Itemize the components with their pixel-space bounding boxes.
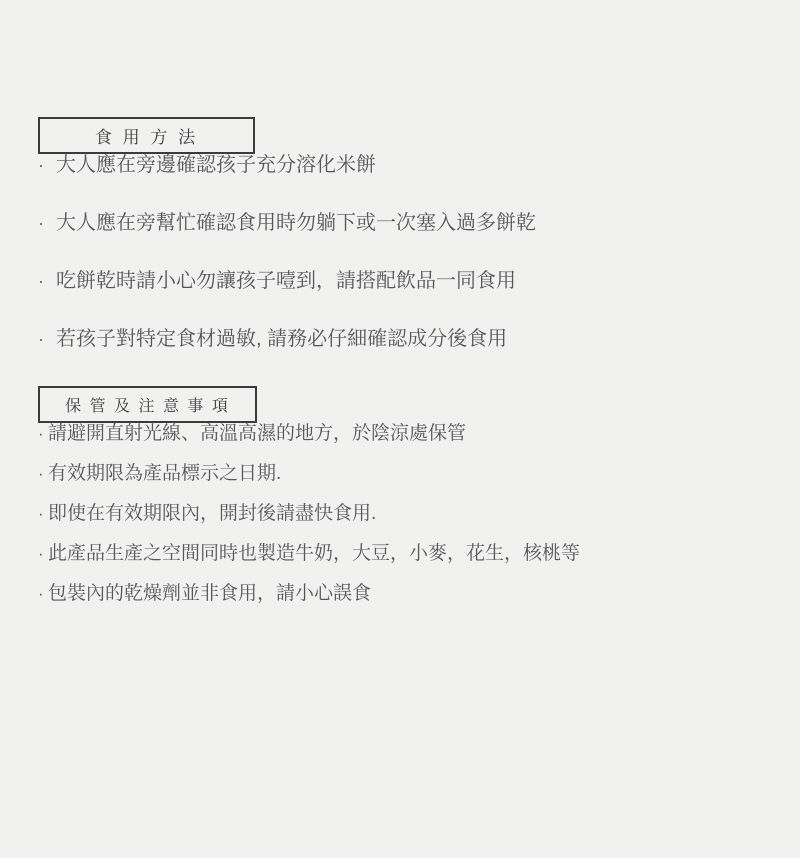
list-item: ·大人應在旁幫忙確認食用時勿躺下或一次塞入過多餅乾 bbox=[38, 212, 760, 234]
list-item: ·此產品生產之空間同時也製造牛奶，大豆，小麥，花生，核桃等 bbox=[38, 543, 760, 564]
list-item-text: 若孩子對特定食材過敏, 請務必仔細確認成分後食用 bbox=[56, 328, 760, 350]
bullet-dot: · bbox=[38, 212, 56, 234]
section-storage-notes: 保 管 及 注 意 事 項 ·請避開直射光線、高溫高濕的地方，於陰涼處保管·有效… bbox=[38, 386, 760, 604]
list-item-text: 請避開直射光線、高溫高濕的地方，於陰涼處保管 bbox=[48, 423, 760, 444]
list-item: ·包裝內的乾燥劑並非食用，請小心誤食 bbox=[38, 583, 760, 604]
list-item-text: 大人應在旁邊確認孩子充分溶化米餅 bbox=[56, 154, 760, 176]
list-item-text: 有效期限為產品標示之日期. bbox=[48, 463, 760, 484]
product-info-page: 食 用 方 法 ·大人應在旁邊確認孩子充分溶化米餅·大人應在旁幫忙確認食用時勿躺… bbox=[0, 0, 800, 858]
list-item: ·大人應在旁邊確認孩子充分溶化米餅 bbox=[38, 154, 760, 176]
list-item-text: 即使在有效期限內，開封後請盡快食用. bbox=[48, 503, 760, 524]
usage-title-box: 食 用 方 法 bbox=[38, 117, 255, 154]
bullet-dot: · bbox=[38, 543, 48, 564]
bullet-dot: · bbox=[38, 154, 56, 176]
storage-list: ·請避開直射光線、高溫高濕的地方，於陰涼處保管·有效期限為產品標示之日期.·即使… bbox=[38, 423, 760, 604]
usage-list: ·大人應在旁邊確認孩子充分溶化米餅·大人應在旁幫忙確認食用時勿躺下或一次塞入過多… bbox=[38, 154, 760, 350]
list-item: ·吃餅乾時請小心勿讓孩子噎到，請搭配飲品一同食用 bbox=[38, 270, 760, 292]
list-item-text: 吃餅乾時請小心勿讓孩子噎到，請搭配飲品一同食用 bbox=[56, 270, 760, 292]
bullet-dot: · bbox=[38, 423, 48, 444]
bullet-dot: · bbox=[38, 503, 48, 524]
list-item-text: 大人應在旁幫忙確認食用時勿躺下或一次塞入過多餅乾 bbox=[56, 212, 760, 234]
usage-title: 食 用 方 法 bbox=[95, 123, 198, 148]
list-item: ·有效期限為產品標示之日期. bbox=[38, 463, 760, 484]
list-item-text: 此產品生產之空間同時也製造牛奶，大豆，小麥，花生，核桃等 bbox=[48, 543, 760, 564]
bullet-dot: · bbox=[38, 328, 56, 350]
bullet-dot: · bbox=[38, 270, 56, 292]
section-usage: 食 用 方 法 ·大人應在旁邊確認孩子充分溶化米餅·大人應在旁幫忙確認食用時勿躺… bbox=[38, 117, 760, 350]
list-item: ·即使在有效期限內，開封後請盡快食用. bbox=[38, 503, 760, 524]
list-item-text: 包裝內的乾燥劑並非食用，請小心誤食 bbox=[48, 583, 760, 604]
list-item: ·若孩子對特定食材過敏, 請務必仔細確認成分後食用 bbox=[38, 328, 760, 350]
bullet-dot: · bbox=[38, 583, 48, 604]
storage-title: 保 管 及 注 意 事 項 bbox=[65, 393, 230, 416]
bullet-dot: · bbox=[38, 463, 48, 484]
list-item: ·請避開直射光線、高溫高濕的地方，於陰涼處保管 bbox=[38, 423, 760, 444]
storage-title-box: 保 管 及 注 意 事 項 bbox=[38, 386, 257, 423]
